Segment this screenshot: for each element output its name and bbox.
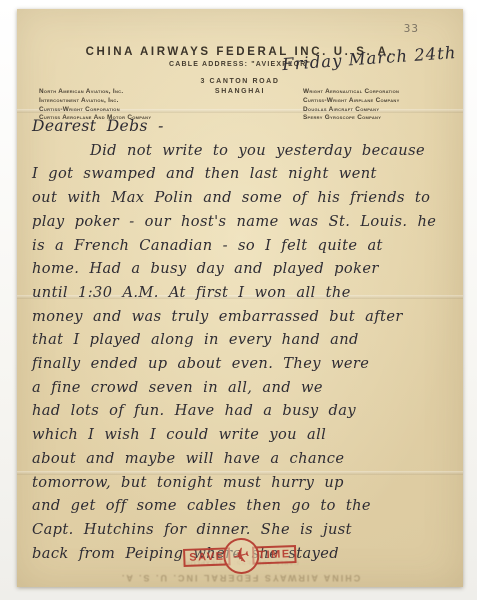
affiliate-company: Curtiss-Wright Airplane Company	[303, 97, 400, 106]
body-line: Did not write to you yesterday because	[32, 139, 449, 163]
body-line: money and was truly embarrassed but afte…	[32, 305, 449, 329]
letter-page: 33 CHINA AIRWAYS FEDERAL INC. U. S. A. C…	[17, 9, 463, 587]
body-line: is a French Canadian - so I felt quite a…	[32, 234, 449, 258]
body-line: which I wish I could write you all	[32, 423, 449, 447]
body-line: out with Max Polin and some of his frien…	[32, 186, 449, 210]
body-line: that I played along in every hand and	[32, 328, 449, 352]
affiliate-company: Douglas Aircraft Company	[303, 106, 400, 115]
body-line: play poker - our host's name was St. Lou…	[32, 210, 449, 234]
scanned-letter: 33 CHINA AIRWAYS FEDERAL INC. U. S. A. C…	[0, 0, 477, 600]
street-line: 3 CANTON ROAD	[17, 77, 463, 87]
bleed-through-letterhead: CHINA AIRWAYS FEDERAL INC. U. S. A.	[17, 573, 463, 583]
letter-body: Dearest Debs - Did not write to you yest…	[32, 115, 449, 565]
stamp-emblem: ✈	[223, 537, 260, 574]
airplane-icon: ✈	[230, 544, 252, 569]
body-line: a fine crowd seven in all, and we	[32, 376, 449, 400]
affiliate-company: Curtiss-Wright Corporation	[39, 106, 151, 115]
salutation: Dearest Debs -	[32, 115, 449, 139]
body-line: home. Had a busy day and played poker	[32, 257, 449, 281]
affiliate-company: Wright Aeronautical Corporation	[303, 88, 400, 97]
body-line: finally ended up about even. They were	[32, 352, 449, 376]
body-line: I got swamped and then last night went	[32, 162, 449, 186]
save-time-stamp: SAVE ✈ TIME	[183, 536, 298, 576]
body-line: and get off some cables then go to the	[32, 494, 449, 518]
affiliate-company: Intercontinent Aviation, Inc.	[39, 97, 151, 106]
body-line: until 1:30 A.M. At first I won all the	[32, 281, 449, 305]
affiliate-company: North American Aviation, Inc.	[39, 88, 151, 97]
body-line: about and maybe will have a chance	[32, 447, 449, 471]
body-line: had lots of fun. Have had a busy day	[32, 399, 449, 423]
body-line: tomorrow, but tonight must hurry up	[32, 471, 449, 495]
